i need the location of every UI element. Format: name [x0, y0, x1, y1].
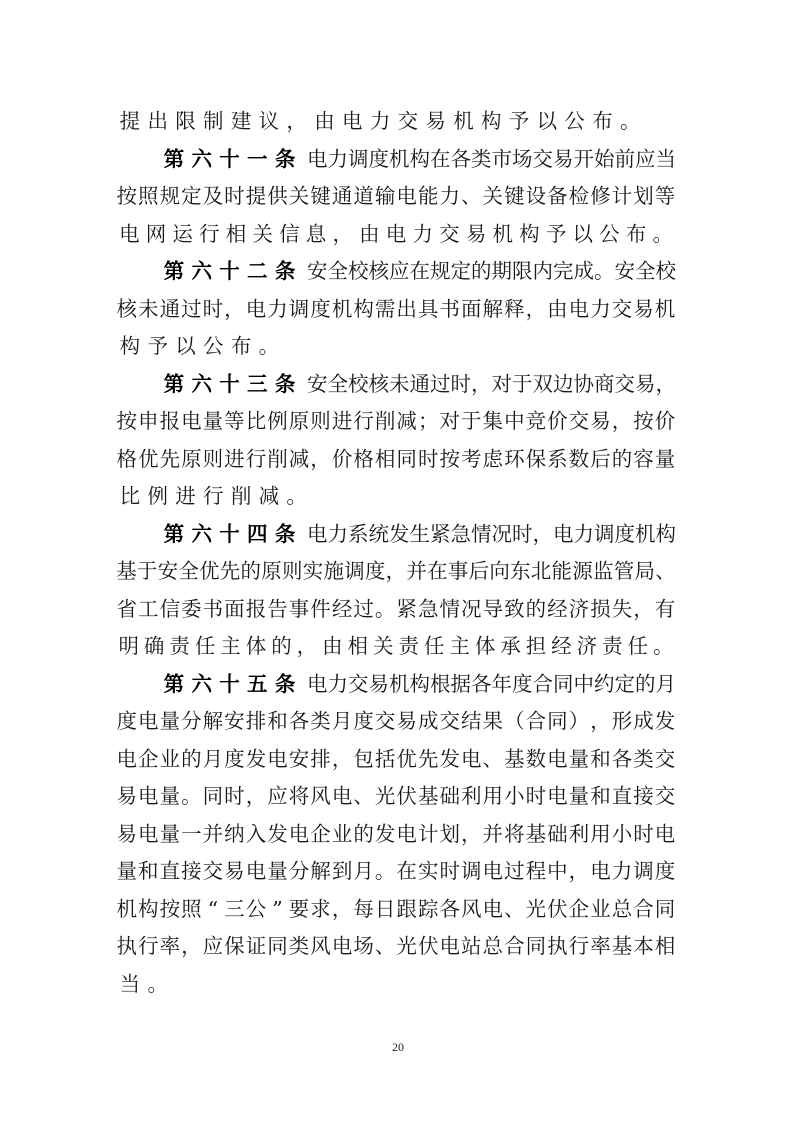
article-heading: 第六十四条: [160, 516, 299, 554]
text-line: 明确责任主体的，由相关责任主体承担经济责任。: [116, 628, 676, 666]
text-line: 当。: [116, 966, 676, 1004]
text-line: 省工信委书面报告事件经过。紧急情况导致的经济损失，有: [116, 591, 676, 629]
text-line: 基于安全优先的原则实施调度，并在事后向东北能源监管局、: [116, 553, 676, 591]
article-line: 第六十四条电力系统发生紧急情况时，电力调度机构: [116, 516, 676, 554]
text-line: 比例进行削减。: [116, 478, 676, 516]
text-line: 执行率，应保证同类风电场、光伏电站总合同执行率基本相: [116, 928, 676, 966]
text-line: 易电量一并纳入发电企业的发电计划，并将基础利用小时电: [116, 816, 676, 854]
article-heading: 第六十二条: [160, 253, 299, 291]
text-line: 电企业的月度发电安排，包括优先发电、基数电量和各类交: [116, 741, 676, 779]
article-heading: 第六十五条: [160, 666, 299, 704]
text-line: 核未通过时，电力调度机构需出具书面解释，由电力交易机: [116, 291, 676, 329]
text-line: 度电量分解安排和各类月度交易成交结果（合同），形成发: [116, 703, 676, 741]
document-page: 提出限制建议，由电力交易机构予以公布。第六十一条电力调度机构在各类市场交易开始前…: [0, 0, 796, 1123]
article-heading: 第六十三条: [160, 366, 299, 404]
article-line: 第六十五条电力交易机构根据各年度合同中约定的月: [116, 666, 676, 704]
article-line: 第六十三条安全校核未通过时，对于双边协商交易，: [116, 366, 676, 404]
page-body-text: 提出限制建议，由电力交易机构予以公布。第六十一条电力调度机构在各类市场交易开始前…: [116, 103, 676, 1003]
text-line: 按申报电量等比例原则进行削减；对于集中竞价交易，按价: [116, 403, 676, 441]
text-line: 按照规定及时提供关键通道输电能力、关键设备检修计划等: [116, 178, 676, 216]
text-line: 易电量。同时，应将风电、光伏基础利用小时电量和直接交: [116, 778, 676, 816]
page-number: 20: [0, 1040, 796, 1055]
article-heading: 第六十一条: [160, 141, 299, 179]
text-line: 格优先原则进行削减，价格相同时按考虑环保系数后的容量: [116, 441, 676, 479]
text-line: 提出限制建议，由电力交易机构予以公布。: [116, 103, 676, 141]
article-line: 第六十一条电力调度机构在各类市场交易开始前应当: [116, 141, 676, 179]
text-line: 量和直接交易电量分解到月。在实时调电过程中，电力调度: [116, 853, 676, 891]
text-line: 电网运行相关信息，由电力交易机构予以公布。: [116, 216, 676, 254]
text-line: 构予以公布。: [116, 328, 676, 366]
text-line: 机构按照“三公”要求，每日跟踪各风电、光伏企业总合同: [116, 891, 676, 929]
article-line: 第六十二条安全校核应在规定的期限内完成。安全校: [116, 253, 676, 291]
